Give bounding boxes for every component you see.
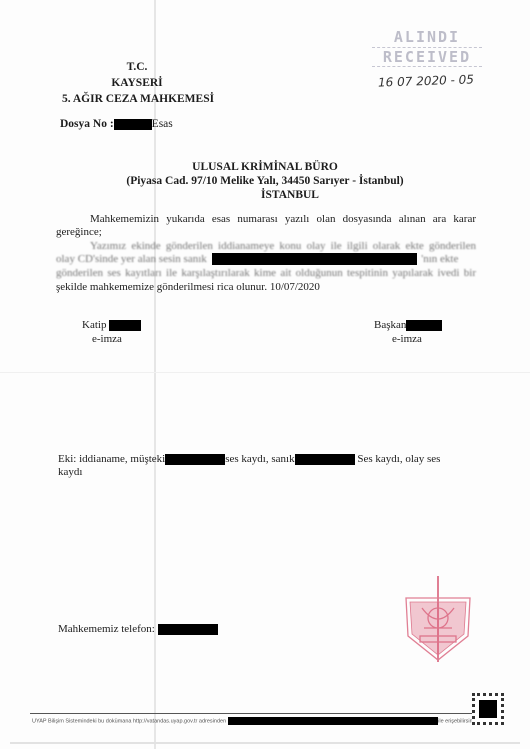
qr-code-icon (472, 693, 504, 725)
body-para2-line3: gönderilen ses kayıtları ile karşılaştır… (56, 266, 476, 280)
attachments-end: Ses kaydı, olay ses (357, 453, 440, 465)
president-eimza: e-imza (392, 332, 422, 346)
court-phone: Mahkememiz telefon: (58, 622, 218, 636)
attachments-line1: Eki: iddianame, müştekises kaydı, sanık … (58, 452, 440, 466)
clerk-signature: Katip (82, 318, 141, 332)
body-para2-line2-end: 'nın ekte (421, 253, 458, 265)
redaction-block (228, 717, 438, 725)
body-para1-line2: gereğince; (56, 225, 102, 239)
body-para2-line4: şekilde mahkememize gönderilmesi rica ol… (56, 280, 320, 294)
document-page: T.C. KAYSERİ 5. AĞIR CEZA MAHKEMESİ ALIN… (0, 0, 530, 749)
scan-edge (10, 742, 520, 744)
stamp-handwritten-date: 16 07 2020 - 05 (378, 72, 474, 89)
footer-uyap-note: UYAP Bilişim Sistemindeki bu dokümana ht… (32, 717, 478, 725)
stamp-line2: RECEIVED (372, 47, 482, 67)
received-stamp: ALINDI RECEIVED (372, 28, 482, 72)
recipient-name: ULUSAL KRİMİNAL BÜRO (100, 160, 430, 175)
attachments-mid: ses kaydı, sanık (225, 453, 294, 465)
redaction-block (295, 454, 355, 465)
footer-left-text: UYAP Bilişim Sistemindeki bu dokümana ht… (32, 718, 226, 724)
redaction-block (158, 624, 218, 635)
redaction-block (406, 320, 442, 331)
president-signature: Başkan (374, 318, 442, 332)
body-para2-line1: Yazımız ekinde gönderilen iddianameye ko… (90, 239, 476, 253)
president-label: Başkan (374, 319, 406, 331)
recipient-address: (Piyasa Cad. 97/10 Melike Yalı, 34450 Sa… (100, 174, 430, 189)
file-number-suffix: Esas (152, 118, 173, 130)
scan-fold-line-horizontal (0, 372, 530, 373)
body-para1-line1: Mahkememizin yukarıda esas numarası yazı… (90, 212, 476, 226)
scan-fold-line (154, 0, 156, 749)
clerk-eimza: e-imza (92, 332, 122, 346)
stamp-line1: ALINDI (372, 28, 482, 46)
body-para2-line2-start: olay CD'sinde yer alan sesin sanık (56, 253, 207, 265)
footer-divider (30, 713, 500, 714)
attachments-prefix: Eki: iddianame, müşteki (58, 453, 165, 465)
body-para2-line2: olay CD'sinde yer alan sesin sanık 'nın … (56, 252, 476, 266)
redaction-block (165, 454, 225, 465)
kriminal-seal-icon (398, 574, 478, 666)
recipient-city: İSTANBUL (200, 188, 380, 203)
header-tc: T.C. (62, 60, 212, 75)
redaction-block (109, 320, 141, 331)
clerk-label: Katip (82, 319, 106, 331)
attachments-line2: kaydı (58, 465, 82, 479)
file-number-label: Dosya No : (60, 118, 114, 130)
redaction-block (114, 119, 152, 130)
header-court: 5. AĞIR CEZA MAHKEMESİ (62, 92, 212, 107)
file-number: Dosya No :Esas (60, 118, 173, 130)
header-city: KAYSERİ (62, 76, 212, 91)
redaction-block (212, 253, 417, 265)
phone-label: Mahkememiz telefon: (58, 623, 155, 635)
